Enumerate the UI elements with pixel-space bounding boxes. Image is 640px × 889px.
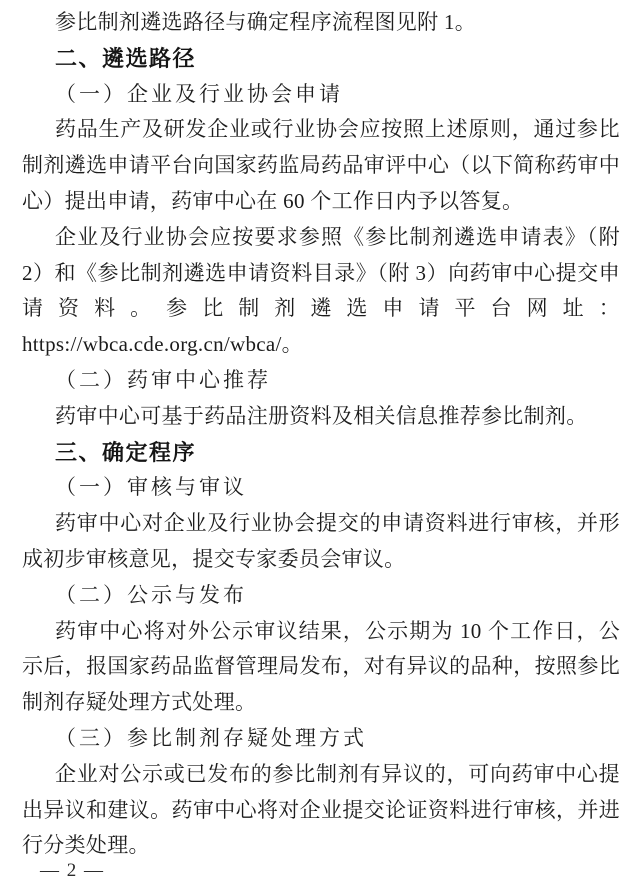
section-heading-determination-procedure: 三、确定程序 [22, 435, 620, 471]
subheading-publicity-release: （二）公示与发布 [22, 578, 620, 614]
para-review-deliberation-body: 药审中心对企业及行业协会提交的申请资料进行审核，并形成初步审核意见，提交专家委员… [22, 506, 620, 578]
subheading-enterprise-association-application: （一）企业及行业协会申请 [22, 77, 620, 113]
para-objection-handling-body: 企业对公示或已发布的参比制剂有异议的，可向药审中心提出异议和建议。药审中心将对企… [22, 757, 620, 864]
para-application-process: 药品生产及研发企业或行业协会应按照上述原则，通过参比制剂遴选申请平台向国家药监局… [22, 112, 620, 219]
subheading-cde-recommendation: （二）药审中心推荐 [22, 363, 620, 399]
document-body: 参比制剂遴选路径与确定程序流程图见附 1。 二、遴选路径 （一）企业及行业协会申… [22, 5, 620, 864]
para-publicity-release-body: 药审中心将对外公示审议结果，公示期为 10 个工作日，公示后，报国家药品监督管理… [22, 614, 620, 721]
para-cde-recommendation-body: 药审中心可基于药品注册资料及相关信息推荐参比制剂。 [22, 399, 620, 435]
subheading-review-deliberation: （一）审核与审议 [22, 470, 620, 506]
para-flowchart-note: 参比制剂遴选路径与确定程序流程图见附 1。 [22, 5, 620, 41]
document-page: 参比制剂遴选路径与确定程序流程图见附 1。 二、遴选路径 （一）企业及行业协会申… [0, 0, 640, 889]
subheading-doubt-handling-method: （三）参比制剂存疑处理方式 [22, 721, 620, 757]
section-heading-selection-path: 二、遴选路径 [22, 41, 620, 77]
page-number: — 2 — [40, 860, 105, 882]
para-application-materials-url: 企业及行业协会应按要求参照《参比制剂遴选申请表》（附 2）和《参比制剂遴选申请资… [22, 220, 620, 363]
